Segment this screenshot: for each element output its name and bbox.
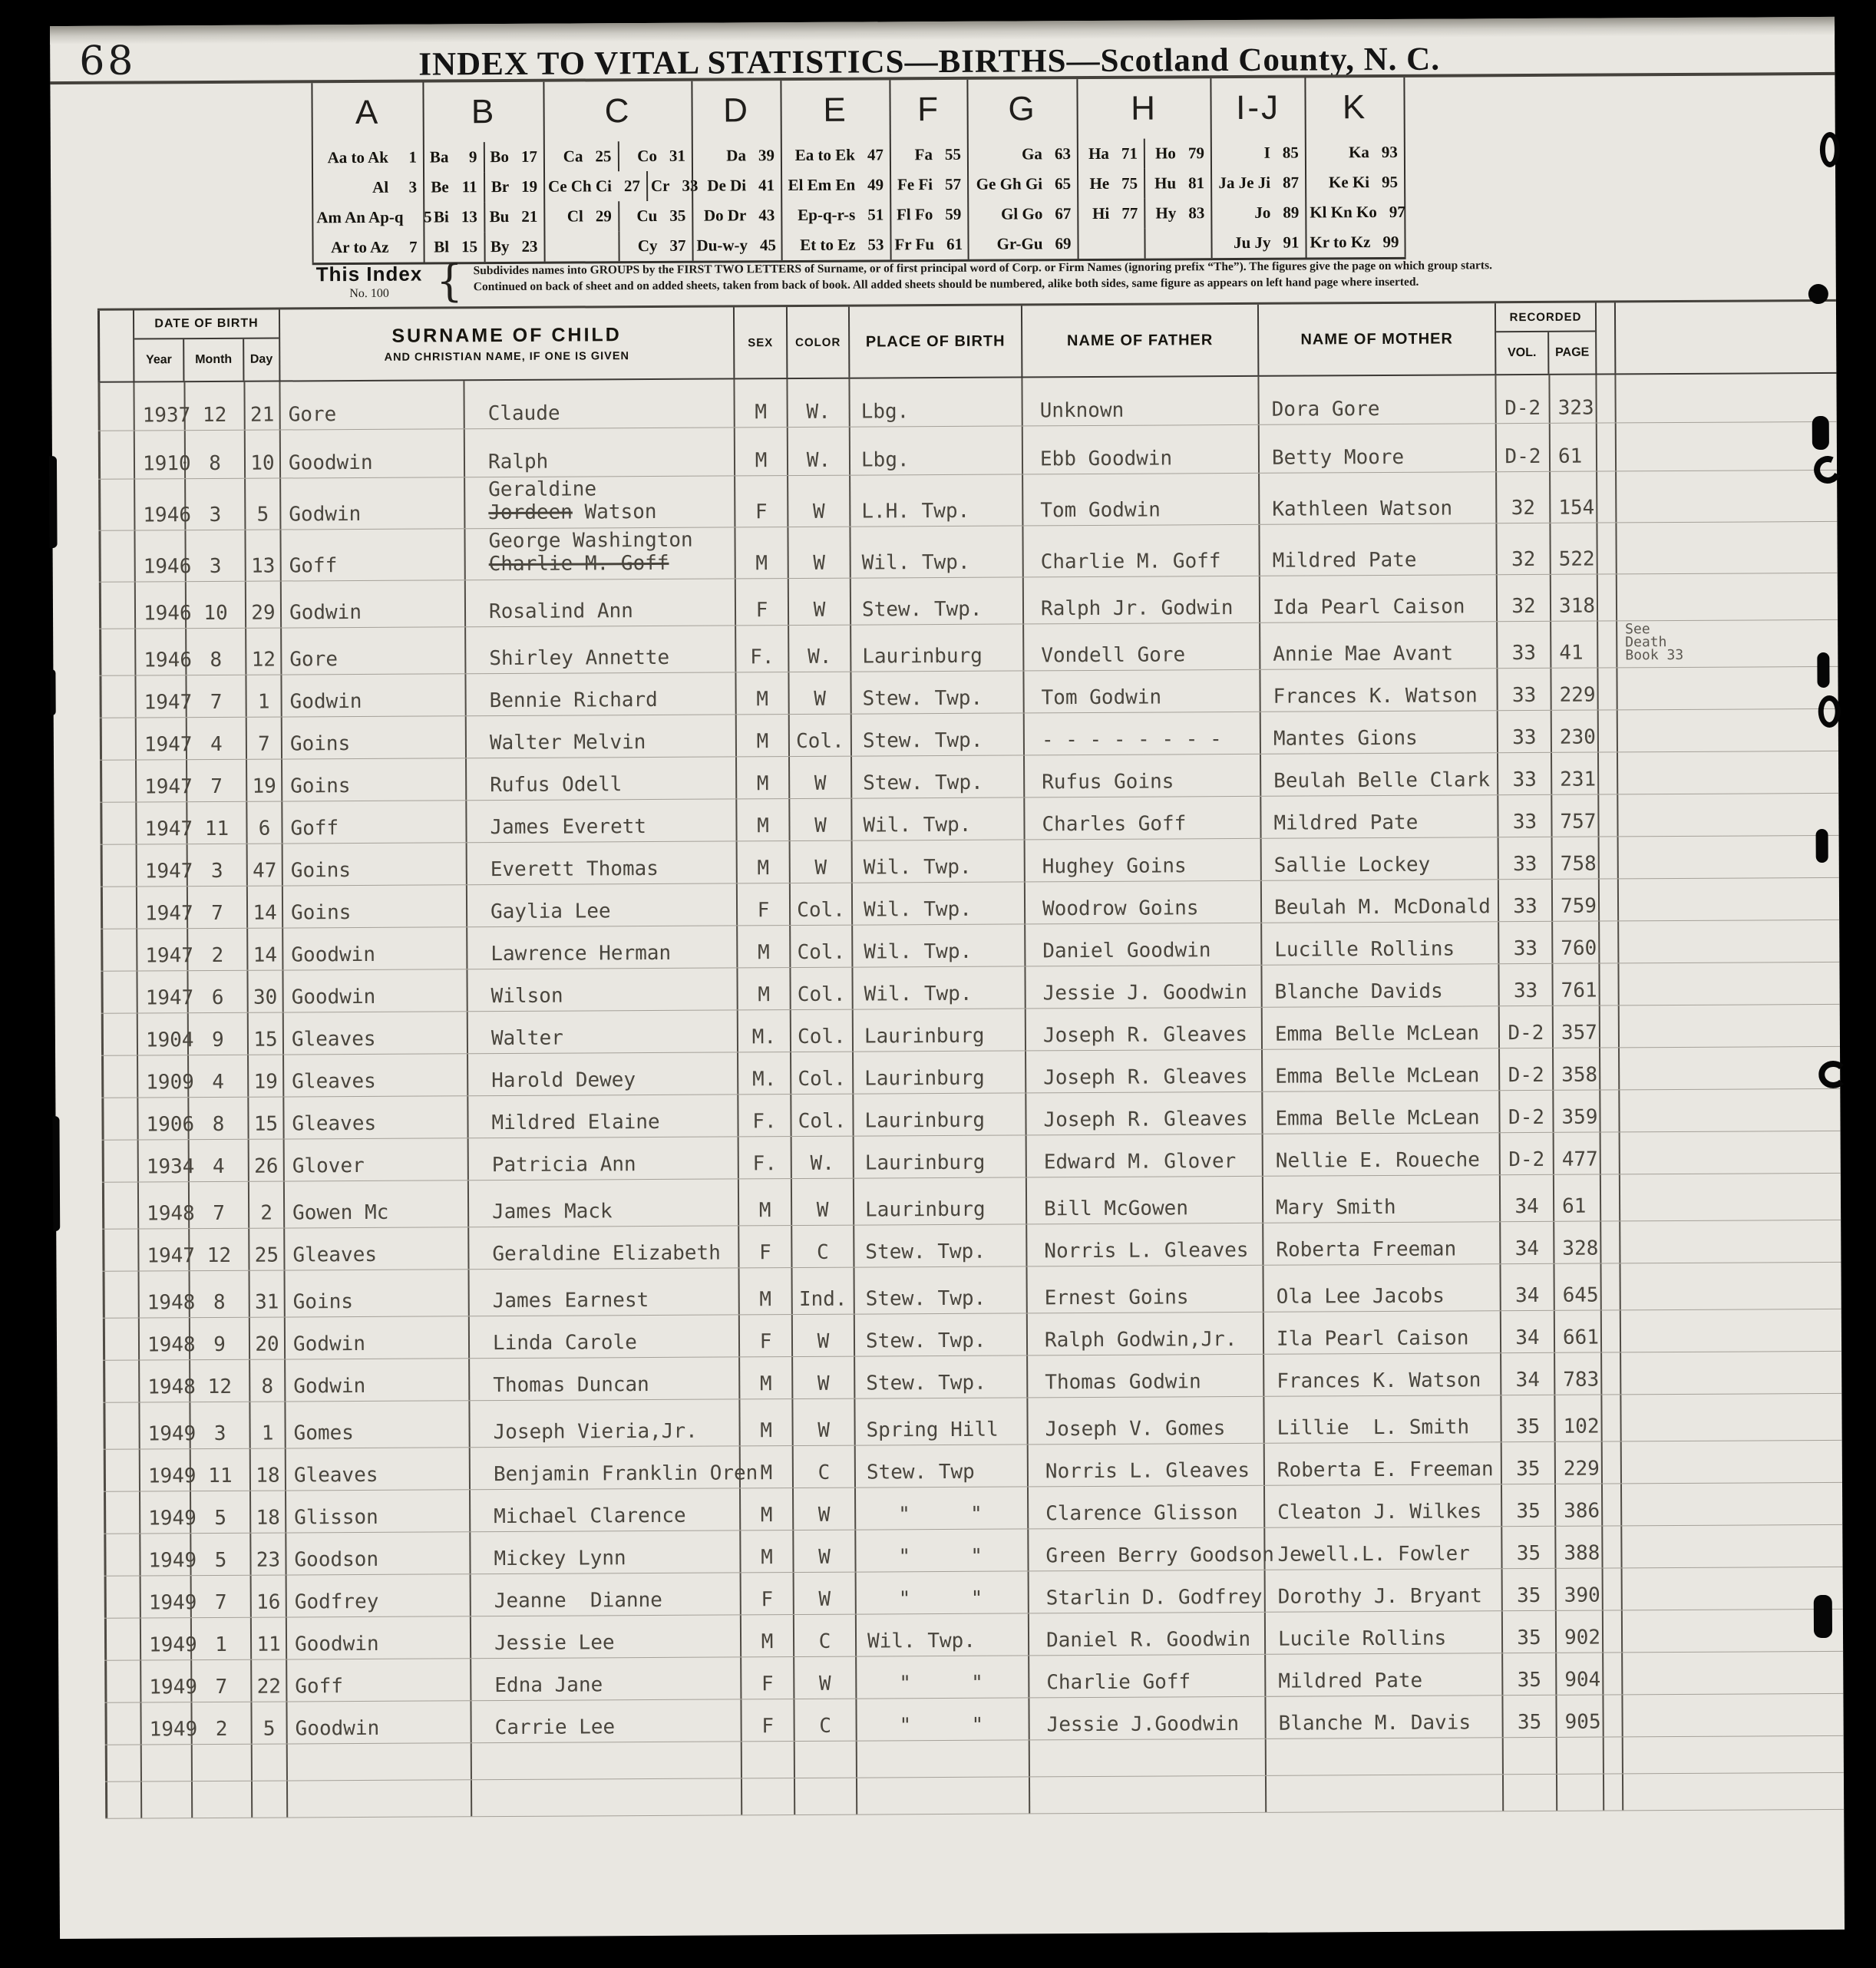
cell-margin-note bbox=[1617, 422, 1837, 471]
cell-place-of-birth: Lbg. bbox=[850, 426, 1023, 474]
cell-color: W bbox=[790, 799, 852, 840]
cell-surname: Gomes bbox=[286, 1401, 470, 1448]
cell-surname: Goodwin bbox=[283, 969, 467, 1012]
cell-sex: M bbox=[741, 1530, 794, 1572]
this-index-number: No. 100 bbox=[316, 287, 423, 302]
empty-cell bbox=[1030, 1776, 1267, 1814]
alpha-entry-row: Ep-q-r-s51 bbox=[782, 200, 890, 230]
cell-volume: 33 bbox=[1498, 795, 1552, 837]
empty-cell bbox=[857, 1777, 1030, 1814]
cell-sex: M bbox=[740, 1268, 793, 1314]
cell-page: 358 bbox=[1554, 1048, 1600, 1090]
alpha-entry-label: Co bbox=[637, 147, 657, 166]
cell-mother-name: Ila Pearl Caison bbox=[1264, 1311, 1501, 1354]
alpha-entry: Do Dr43 bbox=[693, 200, 781, 231]
cell-sex: M. bbox=[738, 1052, 791, 1094]
cell-given-name: Rufus Odell bbox=[467, 757, 737, 800]
cell-given-name: GeraldineJordeen Watson bbox=[465, 476, 735, 528]
cell-spacer bbox=[101, 1014, 138, 1055]
alpha-entry-page: 13 bbox=[456, 207, 477, 226]
cell-father-name: - - - - - - - - bbox=[1025, 712, 1261, 755]
alpha-entry-page: 23 bbox=[516, 237, 537, 256]
cell-sex: F. bbox=[738, 1095, 791, 1136]
alpha-entry: Co31 bbox=[617, 141, 692, 172]
cell-margin-note bbox=[1617, 667, 1838, 710]
cell-color: W bbox=[793, 1357, 855, 1398]
alpha-entry-label: Be bbox=[431, 177, 448, 196]
cell-volume: 34 bbox=[1501, 1264, 1554, 1310]
cell-year: 1947 bbox=[137, 760, 187, 801]
alpha-entry: Am An Ap-q5 bbox=[313, 202, 438, 233]
alpha-entry: Da39 bbox=[693, 140, 781, 171]
cell-year: 1909 bbox=[138, 1055, 189, 1097]
table-header-row: DATE OF BIRTH Year Month Day SURNAME OF … bbox=[97, 302, 1836, 383]
cell-month: 9 bbox=[190, 1318, 250, 1359]
cell-margin-note bbox=[1620, 1131, 1841, 1174]
cell-margin-note bbox=[1622, 1441, 1842, 1484]
empty-cell bbox=[288, 1780, 472, 1817]
cell-spacer bbox=[101, 845, 137, 887]
cell-margin-note bbox=[1619, 920, 1839, 963]
cell-volume: 35 bbox=[1503, 1611, 1557, 1653]
empty-cell bbox=[1604, 1737, 1623, 1773]
alpha-entry-row: Ga63 bbox=[969, 139, 1077, 170]
given-name-line: Charlie M. Goff bbox=[489, 552, 669, 576]
alpha-entry-row: He75Hu81 bbox=[1078, 168, 1210, 199]
alpha-entry-label: Fa bbox=[915, 145, 933, 164]
alpha-entry-row: Do Dr43 bbox=[693, 200, 781, 231]
cell-father-name: Norris L. Gleaves bbox=[1027, 1223, 1263, 1266]
cell-sex: M bbox=[738, 841, 791, 883]
alpha-entry-label: Ka bbox=[1349, 143, 1369, 162]
cell-father-name: Woodrow Goins bbox=[1026, 881, 1262, 924]
cell-surname: Gleaves bbox=[284, 1012, 468, 1054]
cell-page: 359 bbox=[1554, 1091, 1600, 1132]
alpha-entry-row: Ba9Bo17 bbox=[424, 142, 543, 173]
alpha-entry-label: Kl Kn Ko bbox=[1310, 203, 1377, 222]
cell-surname: Gleaves bbox=[284, 1096, 468, 1138]
cell-margin bbox=[1604, 1568, 1623, 1610]
alpha-entry-label: Aa to Ak bbox=[327, 148, 388, 167]
cell-given-name: Geraldine Elizabeth bbox=[469, 1226, 739, 1269]
cell-given-name: Mickey Lynn bbox=[471, 1530, 741, 1573]
cell-given-name: Walter bbox=[468, 1010, 738, 1053]
cell-page: 229 bbox=[1556, 1442, 1603, 1484]
alpha-entry-page: 85 bbox=[1277, 144, 1299, 163]
cell-mother-name: Beulah M. McDonald bbox=[1262, 880, 1499, 923]
cell-father-name: Charles Goff bbox=[1025, 797, 1261, 840]
cell-month: 7 bbox=[192, 1576, 252, 1617]
alpha-entry-label: I bbox=[1264, 144, 1270, 163]
alpha-entry bbox=[1144, 228, 1210, 258]
cell-place-of-birth: Stew. Twp. bbox=[852, 713, 1025, 755]
scan-mark bbox=[1820, 132, 1840, 167]
cell-color: W bbox=[790, 757, 852, 798]
cell-sex: M bbox=[737, 799, 790, 840]
scan-mark bbox=[1817, 652, 1829, 688]
alpha-entry-row: Fl Fo59 bbox=[891, 200, 967, 230]
alpha-entry-page: 15 bbox=[456, 237, 477, 256]
alpha-entry-row: Ea to Ek47 bbox=[782, 140, 890, 170]
cell-volume: 32 bbox=[1498, 575, 1551, 621]
cell-surname: Godfrey bbox=[287, 1574, 471, 1616]
cell-surname: Goff bbox=[282, 801, 467, 843]
cell-sex: F. bbox=[739, 1137, 792, 1178]
alpha-entry-page: 63 bbox=[1049, 144, 1071, 163]
cell-year: 1906 bbox=[138, 1098, 189, 1139]
cell-margin-note bbox=[1623, 1694, 1843, 1737]
cell-year: 1948 bbox=[140, 1360, 190, 1402]
cell-father-name: Hughey Goins bbox=[1026, 839, 1262, 882]
cell-year: 1947 bbox=[139, 1229, 190, 1270]
cell-father-name: Joseph R. Gleaves bbox=[1026, 1050, 1263, 1093]
table-row: 194635GodwinGeraldineJordeen WatsonFWL.H… bbox=[98, 471, 1837, 531]
cell-color: Col. bbox=[791, 1010, 854, 1052]
alpha-entry-label: Fl Fo bbox=[897, 205, 933, 224]
cell-spacer bbox=[101, 930, 137, 971]
alpha-entry: Fl Fo59 bbox=[891, 200, 967, 230]
empty-cell bbox=[1623, 1773, 1844, 1811]
cell-spacer bbox=[102, 1229, 139, 1270]
alpha-entry-label: Hi bbox=[1092, 204, 1109, 223]
alpha-entry-label: Cu bbox=[636, 206, 657, 226]
cell-mother-name: Roberta Freeman bbox=[1263, 1222, 1501, 1265]
cell-page: 318 bbox=[1551, 575, 1598, 621]
alpha-letter: C bbox=[544, 81, 691, 142]
alpha-entry-row: Cy37 bbox=[545, 231, 692, 262]
cell-color: W bbox=[791, 841, 853, 883]
cell-volume: 33 bbox=[1499, 880, 1553, 921]
cell-page: 230 bbox=[1552, 711, 1599, 752]
cell-margin bbox=[1597, 423, 1617, 471]
alpha-entry-label: Br bbox=[491, 177, 509, 196]
column-header-vol: VOL. bbox=[1496, 332, 1549, 374]
cell-volume: 35 bbox=[1502, 1527, 1556, 1568]
cell-sex: M bbox=[741, 1615, 794, 1656]
cell-month: 4 bbox=[189, 1055, 249, 1097]
cell-day: 22 bbox=[252, 1659, 287, 1701]
empty-cell bbox=[795, 1742, 857, 1778]
alpha-entry-row: Cl29Cu35 bbox=[545, 201, 692, 232]
cell-spacer bbox=[100, 718, 137, 760]
cell-volume: D-2 bbox=[1496, 375, 1550, 423]
cell-given-name: Michael Clarence bbox=[471, 1488, 741, 1531]
cell-given-name: Joseph Vieria,Jr. bbox=[470, 1399, 740, 1447]
cell-year: 1948 bbox=[139, 1182, 190, 1228]
alpha-entry-row: Kl Kn Ko97 bbox=[1306, 197, 1404, 228]
cell-father-name: Ralph Jr. Godwin bbox=[1024, 576, 1260, 624]
brace-glyph: { bbox=[436, 263, 463, 299]
cell-spacer bbox=[98, 480, 135, 530]
cell-page: 759 bbox=[1553, 880, 1600, 921]
alpha-entry-page: 39 bbox=[753, 146, 775, 165]
alpha-entry: Be11 bbox=[424, 172, 484, 202]
cell-margin bbox=[1601, 1263, 1620, 1309]
cell-mother-name: Blanche M. Davis bbox=[1266, 1696, 1503, 1739]
alpha-entry-page: 1 bbox=[395, 148, 417, 167]
cell-surname: Goff bbox=[281, 529, 465, 580]
cell-surname: Gleaves bbox=[285, 1227, 469, 1270]
cell-father-name: Daniel R. Goodwin bbox=[1029, 1613, 1266, 1656]
cell-spacer bbox=[103, 1271, 140, 1317]
cell-year: 1947 bbox=[137, 929, 188, 970]
cell-day: 16 bbox=[252, 1575, 287, 1616]
alpha-entry-label: Ar to Az bbox=[331, 238, 389, 257]
cell-volume: 35 bbox=[1501, 1395, 1555, 1441]
cell-given-name: Mildred Elaine bbox=[468, 1095, 738, 1138]
cell-margin bbox=[1600, 879, 1619, 920]
cell-father-name: Bill McGowen bbox=[1027, 1177, 1263, 1224]
cell-margin-note bbox=[1620, 1047, 1840, 1090]
cell-mother-name: Dorothy J. Bryant bbox=[1266, 1569, 1503, 1612]
cell-father-name: Norris L. Gleaves bbox=[1029, 1444, 1265, 1487]
alpha-entry: Gr-Gu69 bbox=[969, 229, 1077, 259]
alpha-entry: Cu35 bbox=[618, 201, 692, 232]
cell-mother-name: Annie Mae Avant bbox=[1260, 622, 1498, 669]
cell-given-name: Harold Dewey bbox=[468, 1052, 738, 1095]
scan-mark bbox=[49, 456, 58, 548]
cell-day: 20 bbox=[250, 1318, 286, 1359]
alpha-entry-label: Hu bbox=[1154, 173, 1176, 193]
cell-spacer bbox=[98, 431, 135, 479]
header-note-area bbox=[1616, 302, 1836, 374]
cell-margin-note bbox=[1620, 1263, 1841, 1310]
alpha-entry-row: Ge Gh Gi65 bbox=[969, 169, 1077, 200]
cell-margin bbox=[1602, 1310, 1621, 1352]
alpha-letter: I-J bbox=[1211, 78, 1304, 139]
cell-day: 8 bbox=[250, 1360, 286, 1402]
cell-given-name: Carrie Lee bbox=[471, 1699, 741, 1742]
alpha-letter: B bbox=[424, 82, 543, 143]
cell-day: 47 bbox=[248, 844, 283, 886]
cell-given-name: Thomas Duncan bbox=[470, 1357, 740, 1400]
cell-sex: M bbox=[741, 1446, 794, 1488]
cell-year: 1947 bbox=[137, 887, 188, 928]
alpha-entry: Cl29 bbox=[545, 201, 618, 231]
alpha-entry: El Em En49 bbox=[782, 170, 890, 200]
cell-place-of-birth: Lbg. bbox=[850, 378, 1022, 426]
table-row: 19371221GoreClaudeMW.Lbg.UnknownDora Gor… bbox=[97, 374, 1836, 431]
cell-year: 1948 bbox=[140, 1271, 190, 1317]
cell-given-name: Linda Carole bbox=[470, 1315, 740, 1358]
empty-cell bbox=[1604, 1774, 1623, 1810]
cell-color: W bbox=[788, 476, 850, 527]
cell-given-name: George WashingtonCharlie M. Goff bbox=[465, 527, 735, 580]
cell-page: 229 bbox=[1551, 669, 1598, 710]
alpha-entry: Fa55 bbox=[891, 140, 967, 170]
cell-spacer bbox=[103, 1402, 140, 1448]
alpha-entry: Kl Kn Ko97 bbox=[1306, 197, 1412, 228]
cell-father-name: Tom Godwin bbox=[1024, 670, 1260, 713]
cell-margin bbox=[1600, 921, 1619, 963]
cell-margin-note bbox=[1616, 374, 1836, 423]
alpha-entry-page: 83 bbox=[1183, 203, 1204, 223]
alpha-entry-row: Kr to Kz99 bbox=[1306, 227, 1404, 258]
cell-surname: Goodwin bbox=[281, 429, 465, 477]
empty-cell bbox=[288, 1743, 472, 1780]
alpha-entry-page: 3 bbox=[395, 178, 417, 197]
alpha-entry-label: Bo bbox=[490, 147, 509, 167]
cell-page: 904 bbox=[1557, 1653, 1604, 1695]
alpha-column-g: GGa63Ge Gh Gi65Gl Go67Gr-Gu69 bbox=[966, 79, 1077, 259]
cell-mother-name: Dora Gore bbox=[1259, 375, 1496, 424]
cell-mother-name: Emma Belle McLean bbox=[1263, 1006, 1500, 1049]
cell-margin-note bbox=[1617, 573, 1838, 621]
cell-volume: 33 bbox=[1498, 622, 1551, 668]
alpha-entry-row: Bi13Bu21 bbox=[424, 202, 543, 233]
alpha-entry-label: Kr to Kz bbox=[1310, 233, 1370, 252]
cell-page: 757 bbox=[1552, 795, 1599, 837]
scan-mark bbox=[1818, 695, 1841, 728]
alpha-entry-row: Et to Ez53 bbox=[782, 229, 890, 260]
cell-sex: M bbox=[738, 968, 791, 1009]
cell-margin bbox=[1597, 471, 1617, 522]
alpha-entry-page: 41 bbox=[753, 176, 775, 195]
alpha-entry-page: 47 bbox=[862, 145, 884, 164]
alpha-entry: Ep-q-r-s51 bbox=[782, 200, 890, 230]
alpha-letter: H bbox=[1078, 78, 1210, 139]
alpha-column-c: CCa25Co31Ce Ch Ci27Cr33Cl29Cu35Cy37 bbox=[543, 81, 692, 262]
cell-page: 758 bbox=[1553, 837, 1600, 879]
cell-father-name: Starlin D. Godfrey bbox=[1029, 1570, 1266, 1613]
cell-page: 231 bbox=[1552, 753, 1599, 794]
scan-mark bbox=[1808, 284, 1828, 304]
cell-page: 388 bbox=[1556, 1527, 1603, 1568]
cell-father-name: Charlie Goff bbox=[1029, 1655, 1266, 1698]
cell-margin-note bbox=[1620, 1005, 1840, 1048]
alpha-entry-page: 77 bbox=[1116, 204, 1138, 223]
alpha-entry-label: Ca bbox=[563, 147, 583, 166]
cell-volume: 33 bbox=[1498, 669, 1551, 710]
cell-sex: M. bbox=[738, 1010, 791, 1052]
cell-volume: 34 bbox=[1501, 1311, 1555, 1352]
cell-color: W bbox=[793, 1399, 855, 1445]
alpha-entry-row: Ka93 bbox=[1306, 137, 1404, 168]
cell-margin bbox=[1602, 1395, 1621, 1441]
alpha-entry: Ju Jy91 bbox=[1212, 228, 1305, 259]
alpha-entry-row: Du-w-y45 bbox=[693, 230, 781, 261]
alpha-entry-page: 31 bbox=[664, 147, 685, 166]
cell-mother-name: Roberta E. Freeman bbox=[1265, 1442, 1502, 1485]
cell-day: 15 bbox=[249, 1013, 284, 1055]
alpha-entry: Et to Ez53 bbox=[782, 229, 890, 260]
cell-page: 386 bbox=[1556, 1484, 1603, 1526]
empty-cell bbox=[1030, 1739, 1267, 1777]
alpha-entry-row: I85 bbox=[1212, 138, 1305, 169]
cell-page: 522 bbox=[1551, 523, 1597, 574]
cell-place-of-birth: Laurinburg bbox=[854, 1051, 1026, 1093]
cell-volume: D-2 bbox=[1501, 1133, 1554, 1174]
alpha-entry-page: 25 bbox=[590, 147, 611, 166]
cell-year: 1946 bbox=[136, 582, 187, 628]
cell-year: 1904 bbox=[138, 1013, 189, 1055]
cell-day: 29 bbox=[246, 582, 282, 628]
cell-page: 154 bbox=[1551, 472, 1597, 523]
cell-color: W bbox=[792, 1179, 854, 1225]
cell-margin-note bbox=[1621, 1394, 1841, 1441]
cell-surname: Goins bbox=[286, 1270, 470, 1316]
alpha-entry: Ke Ki95 bbox=[1306, 167, 1404, 198]
alpha-entry-label: Jo bbox=[1254, 203, 1270, 223]
cell-day: 30 bbox=[248, 971, 283, 1012]
alpha-letter: K bbox=[1306, 78, 1403, 138]
cell-sex: M bbox=[735, 379, 788, 427]
cell-father-name: Thomas Godwin bbox=[1028, 1355, 1264, 1398]
alpha-entry-page: 27 bbox=[619, 177, 640, 196]
alpha-entry-row: Be11Br19 bbox=[424, 172, 543, 203]
alpha-entry: He75 bbox=[1078, 169, 1144, 199]
cell-page: 902 bbox=[1557, 1611, 1604, 1653]
cell-year: 1949 bbox=[140, 1491, 191, 1533]
cell-margin-note bbox=[1620, 1089, 1840, 1132]
cell-sex: M bbox=[741, 1488, 794, 1530]
alpha-entry-page: 59 bbox=[940, 205, 961, 224]
empty-cell bbox=[1267, 1775, 1504, 1812]
cell-place-of-birth: " " bbox=[856, 1529, 1029, 1571]
cell-day: 25 bbox=[249, 1229, 285, 1270]
alpha-entry: Ar to Az7 bbox=[313, 233, 423, 263]
empty-cell bbox=[1267, 1738, 1504, 1775]
cell-surname: Godwin bbox=[286, 1359, 470, 1401]
cell-given-name: James Earnest bbox=[470, 1268, 740, 1316]
cell-month: 11 bbox=[187, 802, 247, 844]
cell-sex: F bbox=[741, 1699, 794, 1741]
cell-year: 1949 bbox=[141, 1660, 192, 1702]
cell-mother-name: Ida Pearl Caison bbox=[1260, 575, 1498, 622]
alpha-entry-label: Da bbox=[726, 146, 746, 165]
cell-day: 10 bbox=[246, 431, 281, 478]
cell-margin-note bbox=[1618, 794, 1838, 837]
cell-margin-note bbox=[1617, 471, 1837, 523]
empty-cell bbox=[253, 1744, 288, 1780]
alpha-entry-row: Fa55 bbox=[891, 140, 967, 170]
alpha-letter: D bbox=[692, 81, 780, 141]
alpha-entry-label: Cl bbox=[567, 206, 583, 226]
cell-sex: M bbox=[740, 1357, 793, 1398]
empty-cell bbox=[193, 1781, 253, 1818]
cell-margin bbox=[1603, 1526, 1622, 1567]
cell-month: 4 bbox=[187, 718, 247, 759]
cell-place-of-birth: Stew. Twp. bbox=[851, 671, 1024, 713]
alpha-entry-page: 29 bbox=[590, 206, 612, 226]
alpha-entry-row: Al3 bbox=[313, 173, 423, 203]
cell-given-name: Shirley Annette bbox=[466, 626, 736, 673]
alphabet-index-table: AAa to Ak1Al3Am An Ap-q5Ar to Az7BBa9Bo1… bbox=[311, 78, 1405, 265]
cell-color: C bbox=[794, 1699, 857, 1741]
alpha-entry-page: 87 bbox=[1277, 173, 1299, 193]
alpha-entry-label: Do Dr bbox=[704, 206, 747, 225]
cell-place-of-birth: Wil. Twp. bbox=[853, 882, 1026, 924]
alpha-letter: A bbox=[312, 83, 422, 144]
alpha-entry-page: 11 bbox=[456, 177, 477, 196]
cell-day: 23 bbox=[251, 1533, 286, 1574]
cell-color: Ind. bbox=[793, 1268, 855, 1314]
cell-given-name: Jeanne Dianne bbox=[471, 1573, 741, 1616]
cell-month: 7 bbox=[187, 760, 247, 801]
cell-day: 1 bbox=[250, 1402, 286, 1448]
cell-surname: Goodwin bbox=[287, 1701, 471, 1743]
alpha-entry-page: 65 bbox=[1049, 174, 1071, 193]
cell-month: 8 bbox=[190, 1271, 250, 1317]
cell-spacer bbox=[98, 531, 135, 582]
cell-given-name: Bennie Richard bbox=[466, 672, 736, 715]
cell-color: Col. bbox=[791, 883, 853, 925]
cell-margin bbox=[1604, 1610, 1623, 1652]
cell-margin-note bbox=[1622, 1483, 1842, 1526]
cell-color: W. bbox=[788, 379, 850, 427]
empty-cell bbox=[142, 1781, 193, 1818]
alpha-entry-label: Ke Ki bbox=[1329, 173, 1369, 192]
